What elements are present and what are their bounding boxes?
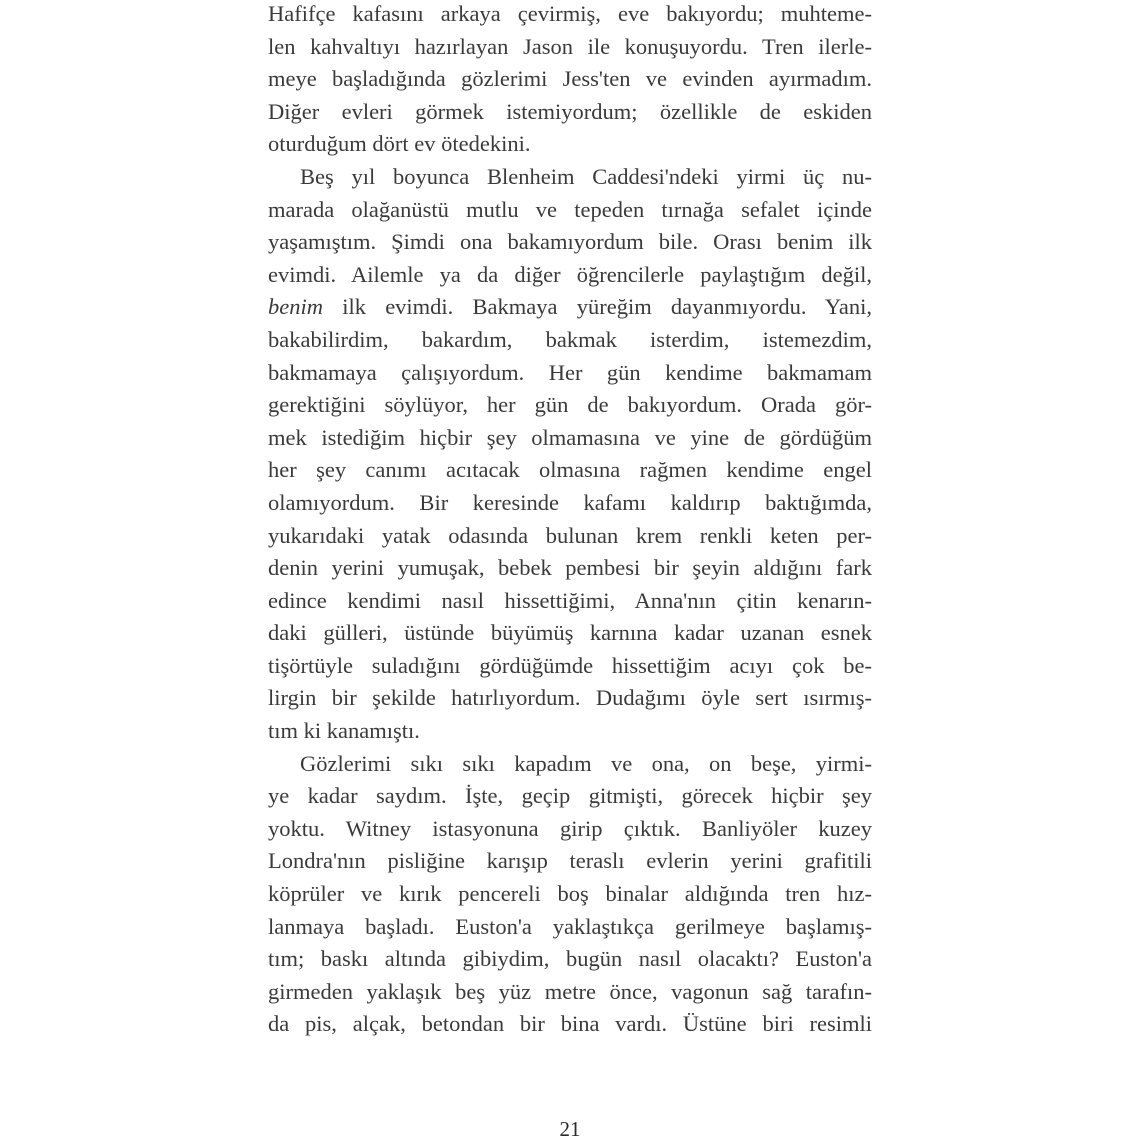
text-line: köprüler ve kırık pencereli boş binalar …	[268, 878, 872, 911]
text-line: olamıyordum. Bir keresinde kafamı kaldır…	[268, 487, 872, 520]
text-line: bakmamaya çalışıyordum. Her gün kendime …	[268, 357, 872, 390]
text-line-with-italic: benim ilk evimdi. Bakmaya yüreğim dayanm…	[268, 291, 872, 324]
text-line: daki gülleri, üstünde büyümüş karnına ka…	[268, 617, 872, 650]
text-line: Diğer evleri görmek istemiyordum; özelli…	[268, 96, 872, 129]
text-line: edince kendimi nasıl hissettiğimi, Anna'…	[268, 585, 872, 618]
text-line: Beş yıl boyunca Blenheim Caddesi'ndeki y…	[268, 161, 872, 194]
italic-emphasis: benim	[268, 294, 323, 319]
text-line: lanmaya başladı. Euston'a yaklaştıkça ge…	[268, 911, 872, 944]
text-line: Hafifçe kafasını arkaya çevirmiş, eve ba…	[268, 0, 872, 31]
text-line: yukarıdaki yatak odasında bulunan krem r…	[268, 520, 872, 553]
text-line: meye başladığında gözlerimi Jess'ten ve …	[268, 63, 872, 96]
text-span: ilk evimdi. Bakmaya yüreğim dayanmıyordu…	[323, 294, 872, 319]
text-line: yoktu. Witney istasyonuna girip çıktık. …	[268, 813, 872, 846]
text-line: tişörtüyle suladığını gördüğümde hissett…	[268, 650, 872, 683]
text-line: oturduğum dört ev ötedekini.	[268, 128, 872, 161]
text-line: mek istediğim hiçbir şey olmamasına ve y…	[268, 422, 872, 455]
text-line: tım; baskı altında gibiydim, bugün nasıl…	[268, 943, 872, 976]
text-line: Londra'nın pisliğine karışıp teraslı evl…	[268, 845, 872, 878]
text-line: ye kadar saydım. İşte, geçip gitmişti, g…	[268, 780, 872, 813]
text-line: len kahvaltıyı hazırlayan Jason ile konu…	[268, 31, 872, 64]
book-page: Hafifçe kafasını arkaya çevirmiş, eve ba…	[0, 0, 1140, 1140]
text-line: denin yerini yumuşak, bebek pembesi bir …	[268, 552, 872, 585]
text-line: da pis, alçak, betondan bir bina vardı. …	[268, 1008, 872, 1041]
text-line: yaşamıştım. Şimdi ona bakamıyordum bile.…	[268, 226, 872, 259]
text-line: girmeden yaklaşık beş yüz metre önce, va…	[268, 976, 872, 1009]
page-number: 21	[540, 1117, 600, 1140]
text-line: evimdi. Ailemle ya da diğer öğrencilerle…	[268, 259, 872, 292]
body-text: Hafifçe kafasını arkaya çevirmiş, eve ba…	[268, 0, 872, 1041]
text-line: Gözlerimi sıkı sıkı kapadım ve ona, on b…	[268, 748, 872, 781]
text-line: marada olağanüstü mutlu ve tepeden tırna…	[268, 194, 872, 227]
text-line: bakabilirdim, bakardım, bakmak isterdim,…	[268, 324, 872, 357]
text-line: her şey canımı acıtacak olmasına rağmen …	[268, 454, 872, 487]
text-line: tım ki kanamıştı.	[268, 715, 872, 748]
text-line: gerektiğini söylüyor, her gün de bakıyor…	[268, 389, 872, 422]
text-line: lirgin bir şekilde hatırlıyordum. Dudağı…	[268, 682, 872, 715]
